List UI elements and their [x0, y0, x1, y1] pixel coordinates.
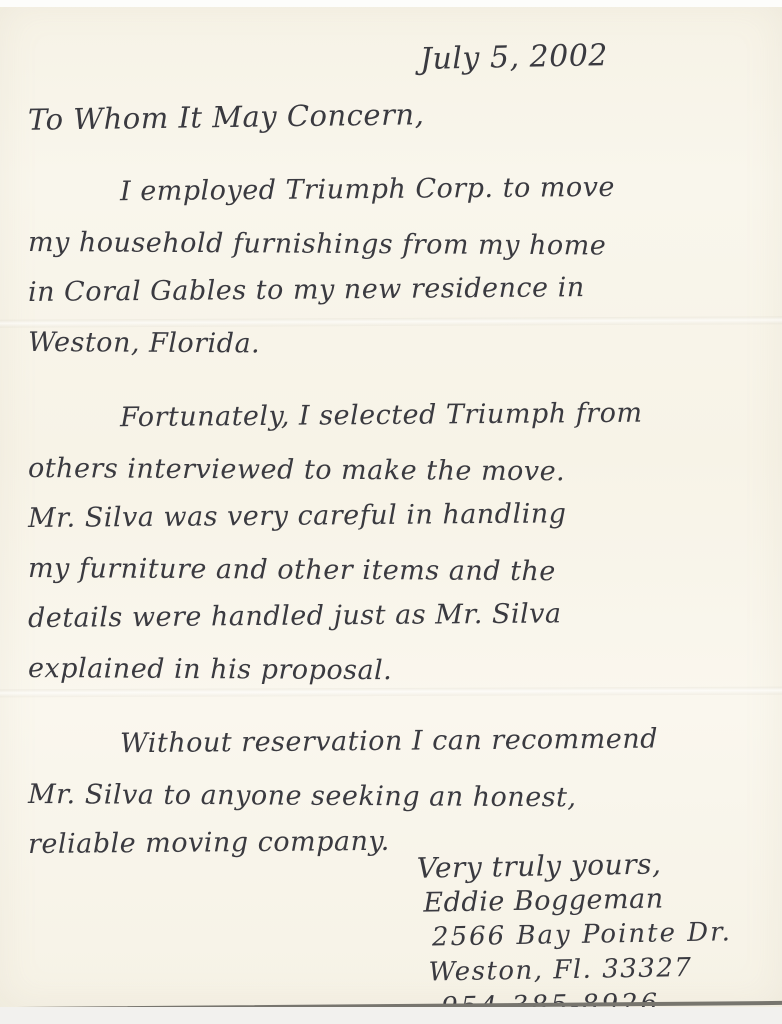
address-line: Weston, Fl. 33327 — [418, 950, 733, 990]
letter-valediction: Very truly yours, — [416, 845, 731, 885]
scanned-letter: July 5, 2002 To Whom It May Concern, I e… — [0, 0, 782, 1024]
letter-line: Weston, Florida. — [28, 318, 748, 372]
letter-line: Without reservation I can recommend — [28, 714, 748, 770]
closing-block: Very truly yours, Eddie Boggeman 2566 Ba… — [416, 845, 733, 1024]
scan-background — [0, 1007, 782, 1024]
scan-top-edge — [0, 0, 782, 7]
letter-line: in Coral Gables to my new residence in — [28, 262, 748, 318]
letter-body: I employed Triumph Corp. to movemy house… — [28, 168, 748, 896]
letter-date: July 5, 2002 — [420, 38, 609, 77]
address-line: 2566 Bay Pointe Dr. — [418, 915, 733, 955]
letter-line: Mr. Silva was very careful in handling — [28, 488, 748, 544]
letter-line: I employed Triumph Corp. to move — [28, 162, 748, 218]
letter-paper: July 5, 2002 To Whom It May Concern, I e… — [0, 0, 782, 1008]
letter-salutation: To Whom It May Concern, — [28, 97, 425, 137]
letter-line: Fortunately, I selected Triumph from — [28, 388, 748, 444]
paragraph: I employed Triumph Corp. to movemy house… — [28, 168, 748, 368]
letter-line: explained in his proposal. — [28, 644, 748, 698]
letter-signature: Eddie Boggeman — [417, 880, 732, 920]
letter-line: details were handled just as Mr. Silva — [28, 588, 748, 644]
paragraph: Fortunately, I selected Triumph fromothe… — [28, 394, 748, 694]
